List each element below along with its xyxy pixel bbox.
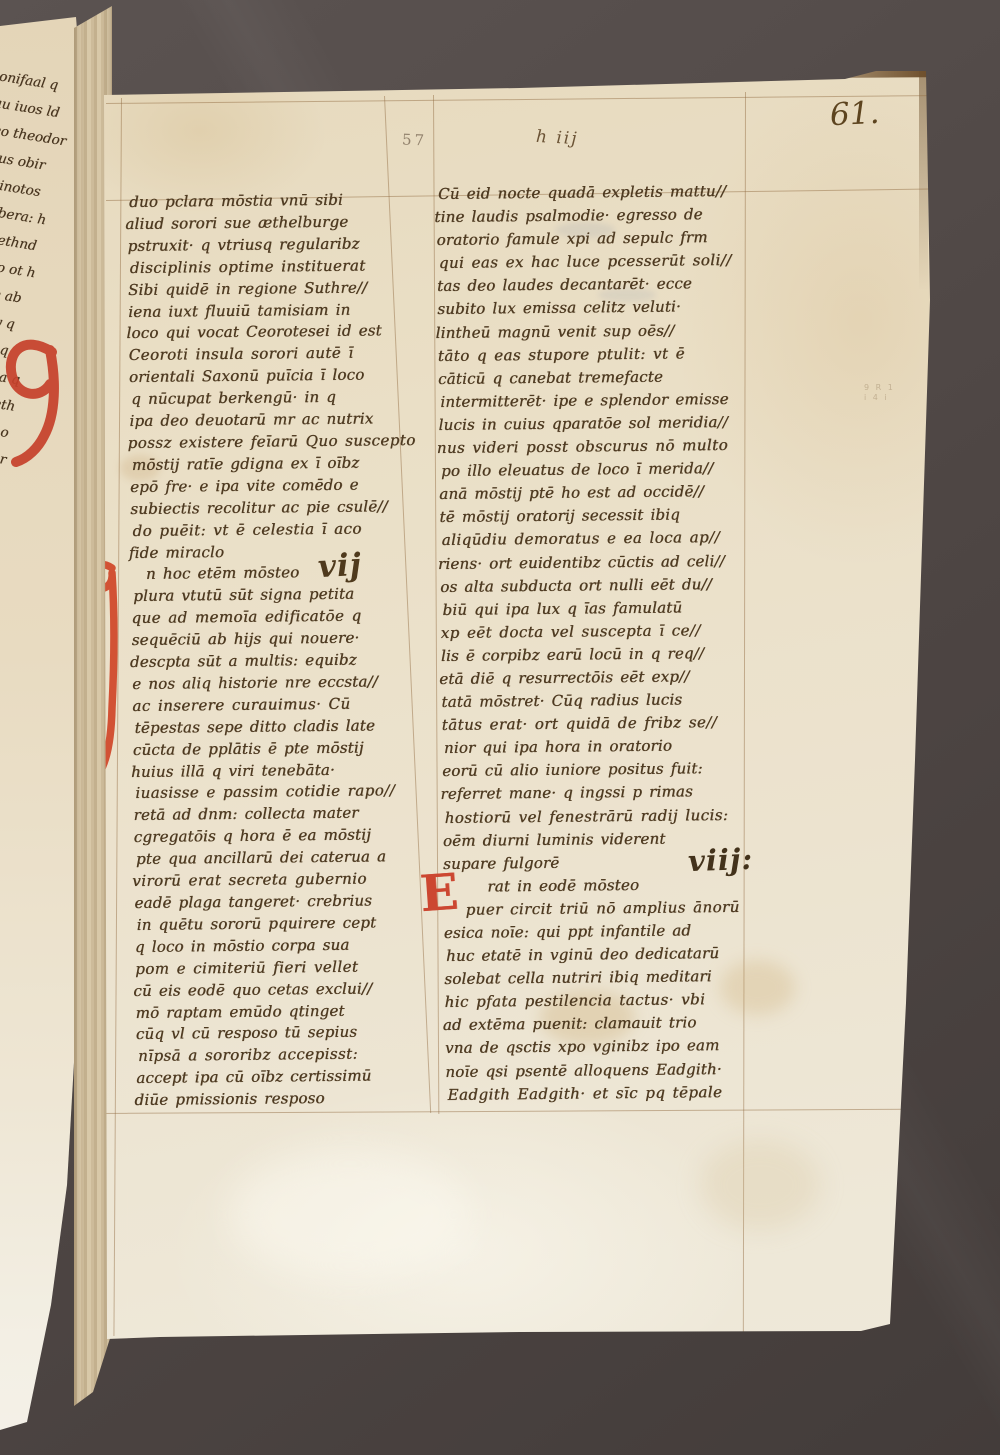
- manuscript-text-line: os alta subducta ort nulli eēt du//: [440, 572, 770, 599]
- manuscript-text-line: subiectis recolitur ac pie csulē//: [130, 496, 415, 521]
- manuscript-text-line: qui eas ex hac luce pcesserūt soli//: [439, 249, 767, 276]
- manuscript-text-line: pom e cimiteriū fieri vellet: [135, 956, 420, 981]
- manuscript-text-line: eadē plaga tangeret· crebrius: [134, 890, 419, 915]
- manuscript-text-line: e nos aliq historie nre eccsta//: [132, 671, 417, 696]
- manuscript-text-line: po illo eleuatus de loco ī merida//: [441, 457, 769, 484]
- manuscript-text-line: huc etatē in vginū deo dedicatarū: [446, 942, 774, 969]
- manuscript-text-line: descpta sūt a multis: equibz: [130, 649, 417, 674]
- manuscript-text-line: tāto q eas stupore ptulit: vt ē: [438, 341, 768, 368]
- manuscript-text-line: fide miraclo: [129, 539, 416, 564]
- chapter-viii-numeral: viij:: [687, 842, 753, 878]
- quire-signature: h iij: [536, 127, 579, 149]
- manuscript-text-line: cāticū q canebat tremefacte: [438, 364, 768, 391]
- manuscript-text-line: subito lux emissa celitz veluti·: [437, 295, 767, 322]
- chapter-viii-rubric-initial-E: E: [418, 867, 460, 920]
- manuscript-text-line: referret mane· q ingssi p rimas: [440, 780, 772, 807]
- manuscript-text-line: lis ē corpibz earū locū in q req//: [441, 641, 771, 668]
- manuscript-text-line: diūe pmissionis resposo: [134, 1087, 421, 1112]
- manuscript-text-line: Cū eid nocte quadā expletis mattu//: [438, 180, 766, 207]
- manuscript-text-line: tēpestas sepe ditto cladis late: [135, 715, 418, 740]
- manuscript-text-line: Sibi quidē in regione Suthre//: [128, 277, 413, 302]
- manuscript-text-line: solebat cella nutriri ibiq meditari: [444, 965, 774, 992]
- manuscript-text-line: xp eēt docta vel suscepta ī ce//: [441, 618, 771, 645]
- manuscript-text-line: iuasisse e passim cotidie rapo//: [135, 780, 418, 805]
- manuscript-text-line: riens· ort euidentibz cūctis ad celi//: [438, 549, 770, 576]
- manuscript-text-line: tātus erat· ort quidā de fribz se//: [442, 711, 772, 738]
- tanned-top-edge: [716, 70, 928, 78]
- parchment-light-patch: [230, 1150, 470, 1280]
- manuscript-text-line: mō raptam emūdo qtinget: [135, 1000, 420, 1025]
- manuscript-text-line: lucis in cuius qparatōe sol meridia//: [438, 410, 768, 437]
- manuscript-text-line: puer circit triū nō amplius ānorū: [441, 895, 773, 922]
- manuscript-text-line: biū qui ipa lux q īas famulatū: [442, 595, 770, 622]
- manuscript-text-line: eorū cū alio iuniore positus fuit:: [442, 757, 772, 784]
- manuscript-text-line: aliqūdiu demoratus e ea loca ap//: [442, 526, 770, 553]
- manuscript-text-line: n hoc etēm mōsteo: [131, 561, 416, 586]
- manuscript-text-line: Eadgith Eadgith· et sīc pq tēpale: [447, 1080, 775, 1107]
- manuscript-text-line: aliud sorori sue æthelburge: [125, 211, 412, 236]
- manuscript-text-line: sequēciū ab hijs qui nouere·: [132, 627, 417, 652]
- manuscript-text-line: nus videri posst obscurus nō multo: [437, 434, 769, 461]
- manuscript-text-line: q loco in mōstio corpa sua: [135, 934, 420, 959]
- manuscript-text-line: iena iuxt fluuiū tamisiam in: [128, 299, 413, 324]
- manuscript-text-line: hostiorū vel fenestrārū radij lucis:: [445, 803, 773, 830]
- manuscript-text-line: in quētu sororū pquirere cept: [137, 912, 420, 937]
- manuscript-text-line: plura vtutū sūt signa petita: [133, 583, 416, 608]
- manuscript-page: 57 h iij 61. 9 R 1 i 4 i duo pclara mōst…: [0, 0, 1000, 1455]
- manuscript-text-line: nior qui ipa hora in oratorio: [444, 734, 772, 761]
- manuscript-text-line: Ceoroti insula sorori autē ī: [129, 342, 414, 367]
- manuscript-text-line: ad extēma puenit: clamauit trio: [443, 1011, 775, 1038]
- manuscript-text-line: tas deo laudes decantarēt· ecce: [437, 272, 767, 299]
- manuscript-text-line: disciplinis optime instituerat: [130, 255, 413, 280]
- chapter-vii-numeral: vij: [317, 547, 363, 585]
- parchment-stain: [700, 1140, 820, 1230]
- manuscript-text-line: intermitterēt· ipe e splendor emisse: [440, 387, 768, 414]
- manuscript-text-line: cgregatōis q hora ē ea mōstij: [134, 824, 419, 849]
- manuscript-text-line: vna de qsctis xpo vginibz ipo eam: [445, 1034, 775, 1061]
- manuscript-text-line: epō fre· e ipa vite comēdo e: [130, 474, 415, 499]
- manuscript-text-line: etā diē q resurrectōis eēt exp//: [439, 664, 771, 691]
- folio-number: 61.: [829, 95, 880, 134]
- facing-page-rubric-initial: [0, 336, 64, 472]
- manuscript-text-line: q nūcupat berkengū· in q: [131, 386, 414, 411]
- manuscript-text-line: cūq vl cū resposo tū sepius: [136, 1021, 421, 1046]
- manuscript-text-line: que ad memoīa edificatōe q: [131, 605, 416, 630]
- manuscript-text-line: accept ipa cū oībz certissimū: [136, 1065, 421, 1090]
- manuscript-text-line: esica noīe: qui ppt infantile ad: [444, 919, 774, 946]
- faint-note-line: 9 R 1: [864, 383, 895, 393]
- manuscript-text-line: lintheū magnū venit sup oēs//: [435, 318, 767, 345]
- manuscript-text-line: do puēit: vt ē celestia ī aco: [132, 518, 415, 543]
- pencil-folio-number: 57: [402, 131, 428, 150]
- photo-backdrop: fam bonifaal qqing au iuos ldua p eo the…: [0, 0, 1000, 1455]
- manuscript-text-line: possz existere feīarū Quo suscepto: [128, 430, 415, 455]
- manuscript-text-line: cū eis eodē quo cetas exclui//: [133, 978, 420, 1003]
- text-column-left: duo pclara mōstia vnū sibialiud sorori s…: [127, 189, 422, 1112]
- manuscript-text-line: ac inserere curauimus· Cū: [132, 693, 417, 718]
- manuscript-text-line: nīpsā a sororibz accepisst:: [138, 1043, 421, 1068]
- manuscript-text-line: noīe qsi psentē alloquens Eadgith·: [445, 1057, 775, 1084]
- faint-marginal-note: 9 R 1 i 4 i: [864, 383, 895, 403]
- manuscript-text-line: ipa deo deuotarū mr ac nutrix: [129, 408, 414, 433]
- manuscript-text-line: tē mōstij oratorij secessit ibiq: [439, 503, 769, 530]
- manuscript-text-line: oratorio famule xpi ad sepulc frm: [436, 226, 766, 253]
- manuscript-text-line: retā ad dnm: collecta mater: [133, 802, 418, 827]
- manuscript-text-line: pstruxit· q vtriusq regularibz: [127, 233, 412, 258]
- manuscript-text-line: pte qua ancillarū dei caterua a: [136, 846, 419, 871]
- faint-note-line: i 4 i: [864, 393, 895, 403]
- manuscript-text-line: cūcta de pplātis ē pte mōstij: [133, 737, 418, 762]
- manuscript-text-line: orientali Saxonū puīcia ī loco: [129, 364, 414, 389]
- manuscript-text-line: tatā mōstret· Cūq radius lucis: [441, 688, 771, 715]
- ruling-top: [106, 95, 928, 104]
- text-column-right: Cū eid nocte quadā expletis mattu//tine …: [436, 180, 776, 1107]
- manuscript-text-line: mōstij ratīe gdigna ex ī oībz: [132, 452, 415, 477]
- manuscript-text-line: huius illā q viri tenebāta·: [131, 759, 418, 784]
- manuscript-text-line: tine laudis psalmodie· egresso de: [434, 203, 766, 230]
- manuscript-text-line: hic pfata pestilencia tactus· vbi: [444, 988, 774, 1015]
- manuscript-text-line: loco qui vocat Ceorotesei id est: [126, 320, 413, 345]
- tanned-right-edge: [919, 71, 928, 291]
- manuscript-text-line: virorū erat secreta gubernio: [132, 868, 419, 893]
- manuscript-text-line: duo pclara mōstia vnū sibi: [129, 189, 412, 214]
- manuscript-text-line: anā mōstij ptē ho est ad occidē//: [439, 480, 769, 507]
